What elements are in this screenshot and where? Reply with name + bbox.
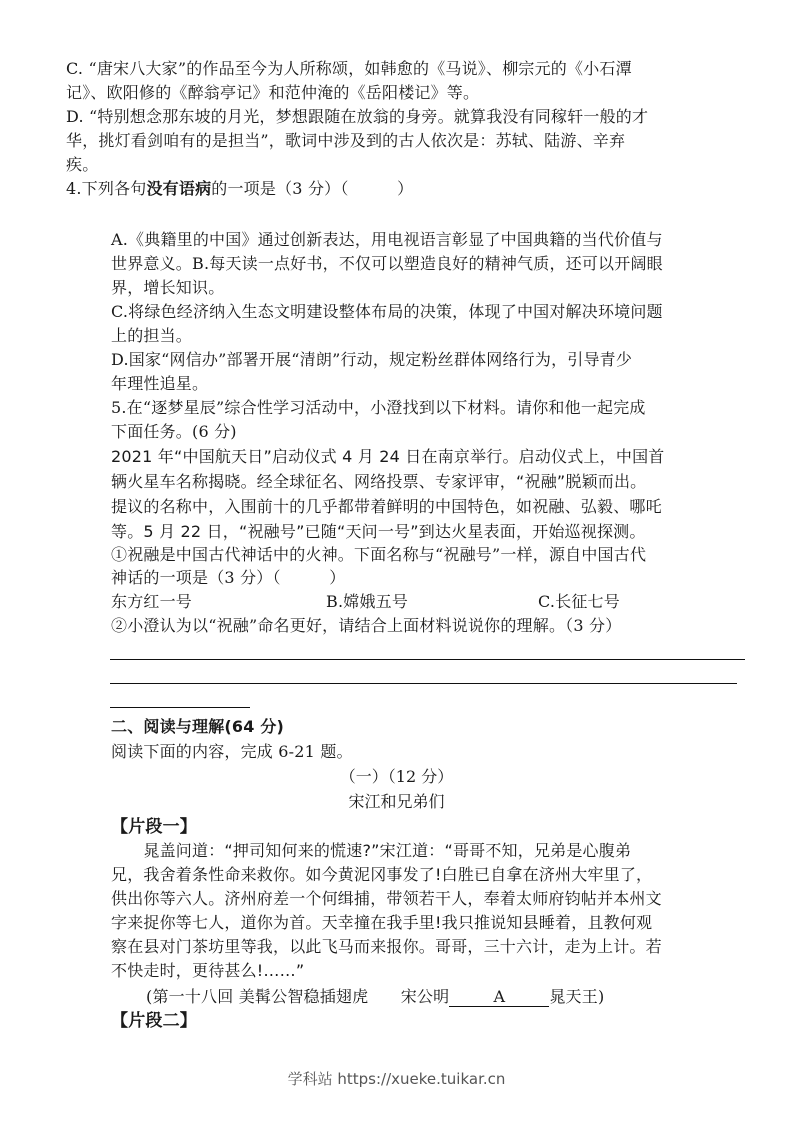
fragment-1-line: 察在县对门茶坊里等我，以此飞马而来报你。哥哥，三十六计，走为上计。若 — [111, 936, 662, 958]
q4-line: D.国家“网信办”部署开展“清朗”行动，规定粉丝群体网络行为，引导青少 — [111, 349, 632, 371]
q4-stem-prefix: 4.下列各句 — [66, 179, 146, 198]
fragment-1-label: 【片段一】 — [111, 816, 197, 838]
q5-material-line: 提议的名称中，入围前十的几乎都带着鲜明的中国特色，如祝融、弘毅、哪吒 — [111, 496, 662, 518]
q5-stem-line-2: 下面任务。(6 分) — [111, 421, 237, 443]
q3-option-c-line-1: C. “唐宋八大家”的作品至今为人所称颂，如韩愈的《马说》、柳宗元的《小石潭 — [66, 58, 632, 80]
chapter-source-suffix: 晁天王) — [549, 987, 604, 1006]
q4-line: A.《典籍里的中国》通过创新表达，用电视语言彰显了中国典籍的当代价值与 — [111, 229, 663, 251]
q5-option-b: B.嫦娥五号 — [326, 591, 408, 613]
q4-stem: 4.下列各句没有语病的一项是（3 分）（ ） — [66, 178, 413, 200]
article-title: 宋江和兄弟们 — [0, 791, 793, 813]
q4-stem-emphasis: 没有语病 — [146, 179, 211, 198]
q5-material-line: 2021 年“中国航天日”启动仪式 4 月 24 日在南京举行。启动仪式上，中国… — [111, 446, 664, 468]
q3-option-c-line-2: 记》、欧阳修的《醉翁亭记》和范仲淹的《岳阳楼记》等。 — [66, 82, 479, 104]
q3-option-d-line-2: 华，挑灯看剑咱有的是担当”，歌词中涉及到的古人依次是：苏轼、陆游、辛弃 — [66, 130, 625, 152]
q4-line: 年理性追星。 — [111, 373, 208, 395]
q5-material-line: 辆火星车名称揭晓。经全球征名、网络投票、专家评审，“祝融”脱颖而出。 — [111, 471, 646, 493]
q5-stem-line-1: 5.在“逐梦星辰”综合性学习活动中，小澄找到以下材料。请你和他一起完成 — [111, 397, 646, 419]
fragment-1-line: 不快走时，更待甚么!……” — [111, 960, 304, 982]
answer-line-2[interactable] — [110, 683, 737, 684]
part-title: （一）（12 分） — [0, 766, 793, 788]
q4-line: 上的担当。 — [111, 325, 192, 347]
q4-line: C.将绿色经济纳入生态文明建设整体布局的决策，体现了中国对解决环境问题 — [111, 301, 663, 323]
q5-option-c: C.长征七号 — [538, 591, 620, 613]
fragment-1-line: 晁盖问道：“押司知何来的慌速?”宋江道：“哥哥不知，兄弟是心腹弟 — [111, 840, 631, 862]
footer-watermark: 学科站 https://xueke.tuikar.cn — [0, 1068, 793, 1089]
q5-option-a: 东方红一号 — [111, 591, 192, 613]
q4-line: 界，增长知识。 — [111, 277, 224, 299]
q5-sub1-line-1: ①祝融是中国古代神话中的火神。下面名称与“祝融号”一样，源自中国古代 — [111, 544, 646, 566]
fragment-2-label: 【片段二】 — [111, 1010, 197, 1032]
chapter-source: (第一十八回 美髯公智稳插翅虎 宋公明A晁天王) — [146, 986, 604, 1008]
answer-line-3[interactable] — [110, 707, 250, 708]
q5-material-line: 等。5 月 22 日，“祝融号”已随“天问一号”到达火星表面，开始巡视探测。 — [111, 521, 646, 543]
fragment-1-line: 供出你等六人。济州府差一个何缉捕，带领若干人，奉着太师府钧帖并本州文 — [111, 888, 662, 910]
answer-line-1[interactable] — [110, 659, 745, 660]
fragment-1-line: 兄，我舍着条性命来救你。如今黄泥冈事发了!白胜已自拿在济州大牢里了， — [111, 864, 652, 886]
q3-option-d-line-3: 疾。 — [66, 154, 98, 176]
q4-stem-suffix: 的一项是（3 分）（ ） — [211, 179, 413, 198]
fill-blank-a[interactable]: A — [449, 988, 549, 1007]
section-heading: 二、阅读与理解(64 分) — [111, 716, 284, 738]
q5-sub2: ②小澄认为以“祝融”命名更好，请结合上面材料说说你的理解。（3 分） — [111, 615, 621, 637]
q4-line: 世界意义。B.每天读一点好书，不仅可以塑造良好的精神气质，还可以开阔眼 — [111, 253, 663, 275]
q3-option-d-line-1: D. “特别想念那东坡的月光，梦想跟随在放翁的身旁。就算我没有同稼轩一般的才 — [66, 106, 648, 128]
section-instruction: 阅读下面的内容，完成 6-21 题。 — [111, 741, 353, 763]
fragment-1-line: 字来捉你等七人，道你为首。天幸撞在我手里!我只推说知县睡着，且教何观 — [111, 912, 652, 934]
chapter-source-prefix: (第一十八回 美髯公智稳插翅虎 宋公明 — [146, 987, 449, 1006]
q5-sub1-line-2: 神话的一项是（3 分）（ ） — [111, 567, 345, 589]
